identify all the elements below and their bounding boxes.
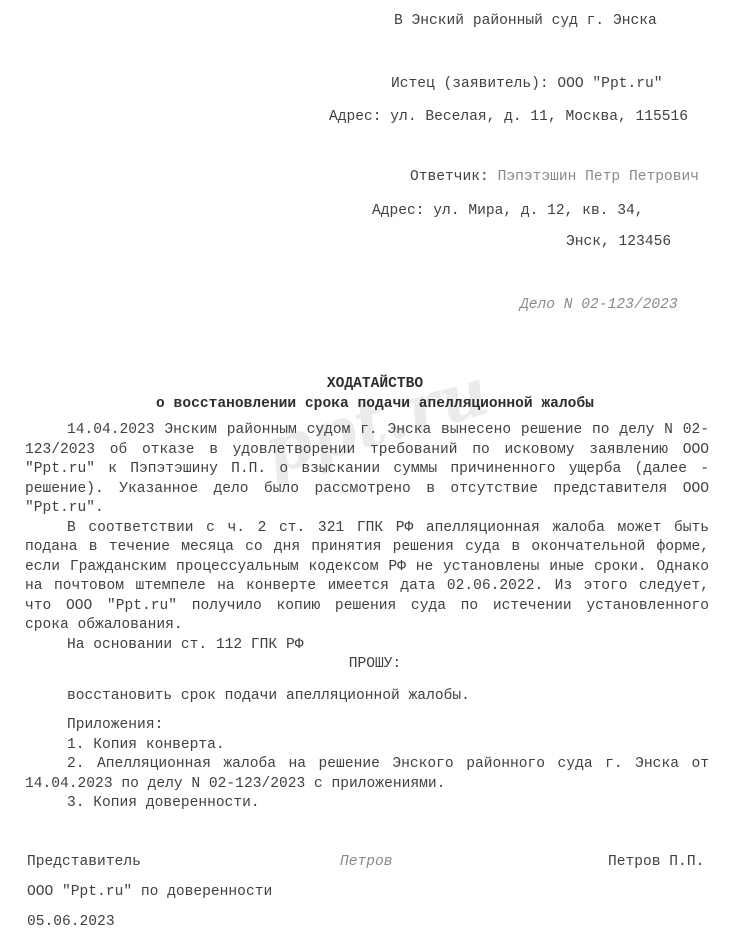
attachment-item: 14.04.2023 по делу N 02-123/2023 с прило… xyxy=(25,775,709,795)
request-heading-block: ПРОШУ: xyxy=(25,655,725,675)
title-line2: о восстановлении срока подачи апелляцион… xyxy=(25,395,725,415)
attachments-label: Приложения: xyxy=(25,716,709,736)
paragraph2-line: на почтовом штемпеле на конверте имеется… xyxy=(25,577,709,597)
paragraph1-line: 14.04.2023 Энским районным судом г. Энск… xyxy=(25,421,709,441)
title-line1: ХОДАТАЙСТВО xyxy=(25,375,725,395)
paragraph2-line: что ООО "Ppt.ru" получило копию решения … xyxy=(25,597,709,617)
defendant-label: Ответчик: xyxy=(410,169,498,185)
attachment-item: 3. Копия доверенности. xyxy=(25,794,709,814)
defendant-address-line2: Энск, 123456 xyxy=(566,233,671,253)
document-title: ХОДАТАЙСТВО о восстановлении срока подач… xyxy=(25,375,725,414)
plaintiff-line: Истец (заявитель): ООО "Ppt.ru" xyxy=(391,75,663,95)
document-date: 05.06.2023 xyxy=(27,913,115,933)
attachment-item: 1. Копия конверта. xyxy=(25,736,709,756)
request-text: восстановить срок подачи апелляционной ж… xyxy=(25,687,709,707)
defendant-name: Пэпэтэшин Петр Петрович xyxy=(498,169,699,185)
paragraph1-line: решение). Указанное дело было рассмотрен… xyxy=(25,480,709,500)
paragraph1-line: 123/2023 об отказе в удовлетворении треб… xyxy=(25,441,709,461)
attachment-item: 2. Апелляционная жалоба на решение Энско… xyxy=(25,755,709,775)
request-block: восстановить срок подачи апелляционной ж… xyxy=(25,687,709,707)
body-text: 14.04.2023 Энским районным судом г. Энск… xyxy=(25,421,709,655)
paragraph2-line: если Гражданским процессуальным кодексом… xyxy=(25,558,709,578)
signer-role: Представитель xyxy=(27,853,141,873)
signer-name: Петров П.П. xyxy=(608,853,704,873)
defendant-line: Ответчик: Пэпэтэшин Петр Петрович xyxy=(410,168,699,188)
defendant-address-line1: Адрес: ул. Мира, д. 12, кв. 34, xyxy=(372,202,644,222)
attachments-block: Приложения: 1. Копия конверта. 2. Апелля… xyxy=(25,716,709,814)
signature-handwritten: Петров xyxy=(340,853,393,873)
legal-basis-line: На основании ст. 112 ГПК РФ xyxy=(25,636,709,656)
document-page: ppt.ru В Энский районный суд г. Энска Ис… xyxy=(0,0,738,952)
case-number: Дело N 02-123/2023 xyxy=(520,296,678,316)
court-line: В Энский районный суд г. Энска xyxy=(394,12,657,32)
paragraph2-line: подана в течение месяца со дня принятия … xyxy=(25,538,709,558)
signer-organization: ООО "Ppt.ru" по доверенности xyxy=(27,883,272,903)
paragraph2-line: срока обжалования. xyxy=(25,616,709,636)
paragraph1-line: "Ppt.ru" к Пэпэтэшину П.П. о взыскании с… xyxy=(25,460,709,480)
request-heading: ПРОШУ: xyxy=(25,655,725,675)
plaintiff-address-line: Адрес: ул. Веселая, д. 11, Москва, 11551… xyxy=(329,108,688,128)
paragraph2-line: В соответствии с ч. 2 ст. 321 ГПК РФ апе… xyxy=(25,519,709,539)
paragraph1-line: "Ppt.ru". xyxy=(25,499,709,519)
